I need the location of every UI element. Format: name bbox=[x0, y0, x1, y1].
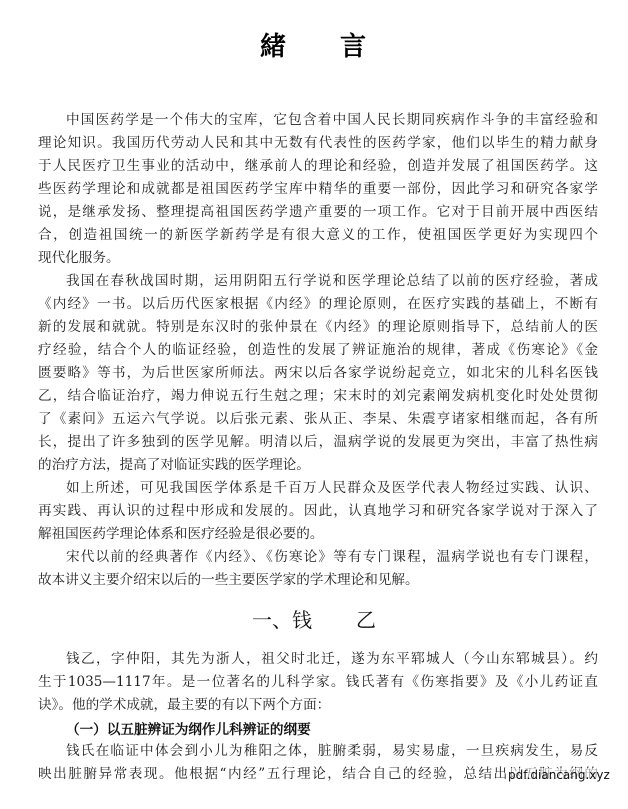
section-heading-part: 一、钱 bbox=[252, 608, 312, 632]
title-char: 言 bbox=[340, 26, 368, 63]
text-line: 《内经》一书。以后历代医家根据《内经》的理论原则，在医疗实践的基础上，不断有 bbox=[38, 294, 598, 314]
document-page: 緒言 中国医药学是一个伟大的宝库，它包含着中国人民长期同疾病作斗争的丰富经验和 … bbox=[0, 0, 628, 809]
watermark: pdf.diancang.xyz bbox=[508, 768, 610, 782]
text-line: 理论知识。我国历代劳动人民和其中无数有代表性的医药学家，他们以毕生的精力献身 bbox=[38, 133, 598, 153]
text-line: 解祖国医药学理论体系和医疗经验是很必要的。 bbox=[38, 524, 598, 544]
text-line: 于人民医疗卫生事业的活动中，继承前人的理论和经验，创造并发展了祖国医药学。这 bbox=[38, 156, 598, 176]
text-line: 钱氏在临证中体会到小儿为稚阳之体，脏腑柔弱，易实易虚，一旦疾病发生，易反 bbox=[66, 741, 598, 761]
text-line: 的治疗方法，提高了对临证实践的医学理论。 bbox=[38, 455, 598, 475]
text-line: 疗经验，结合个人的临证经验，创造性的发展了辨证施治的规律，著成《伤寒论》《金 bbox=[38, 340, 598, 360]
text-line: 长，提出了许多独到的医学见解。明清以后，温病学说的发展更为突出，丰富了热性病 bbox=[38, 432, 598, 452]
text-line: 匮要略》等书，为后世医家所师法。两宋以后各家学说纷起竞立，如北宋的儿科名医钱 bbox=[38, 363, 598, 383]
text-line: 现代化服务。 bbox=[38, 248, 598, 268]
text-line: 诀》。他的学术成就，最主要的有以下两个方面： bbox=[38, 695, 598, 715]
text-line: 再实践、再认识的过程中形成和发展的。因此，认真地学习和研究各家学说对于深入了 bbox=[38, 501, 598, 521]
text-line: 我国在春秋战国时期，运用阴阳五行学说和医学理论总结了以前的医疗经验，著成 bbox=[66, 271, 598, 291]
text-line: 宋代以前的经典著作《内经》、《伤寒论》等有专门课程，温病学说也有专门课程， bbox=[66, 547, 598, 567]
subheading: （一）以五脏辨证为纲作儿科辨证的纲要 bbox=[66, 718, 311, 738]
text-line: 钱乙，字仲阳，其先为浙人，祖父时北迁，遂为东平郓城人（今山东郓城县）。约 bbox=[66, 649, 598, 669]
text-line: 生于1035—1117年。是一位著名的儿科学家。钱氏著有《伤寒指要》及《小儿药证… bbox=[38, 672, 598, 692]
title-char: 緒 bbox=[260, 26, 288, 63]
text-line: 些医药学理论和成就都是祖国医药学宝库中精华的重要一部份，因此学习和研究各家学 bbox=[38, 179, 598, 199]
text-line: 如上所述，可见我国医学体系是千百万人民群众及医学代表人物经过实践、认识、 bbox=[66, 478, 598, 498]
text-line: 乙，结合临证治疗，竭力伸说五行生尅之理；宋末时的刘完素阐发病机变化时处处贯彻 bbox=[38, 386, 598, 406]
text-line: 了《素问》五运六气学说。以后张元素、张从正、李杲、朱震亨诸家相继而起，各有所 bbox=[38, 409, 598, 429]
text-line: 合，创造祖国统一的新医学新药学是有很大意义的工作，使祖国医学更好为实现四个 bbox=[38, 225, 598, 245]
page-title: 緒言 bbox=[0, 26, 628, 63]
text-line: 说，是继承发扬、整理提高祖国医药学遗产重要的一项工作。它对于目前开展中西医结 bbox=[38, 202, 598, 222]
text-line: 中国医药学是一个伟大的宝库，它包含着中国人民长期同疾病作斗争的丰富经验和 bbox=[66, 110, 598, 130]
section-heading-part: 乙 bbox=[356, 608, 376, 632]
text-line: 新的发展和就就。特别是东汉时的张仲景在《内经》的理论原则指导下，总结前人的医 bbox=[38, 317, 598, 337]
text-line: 故本讲义主要介绍宋以后的一些主要医学家的学术理论和见解。 bbox=[38, 570, 598, 590]
section-heading: 一、钱乙 bbox=[0, 604, 628, 633]
